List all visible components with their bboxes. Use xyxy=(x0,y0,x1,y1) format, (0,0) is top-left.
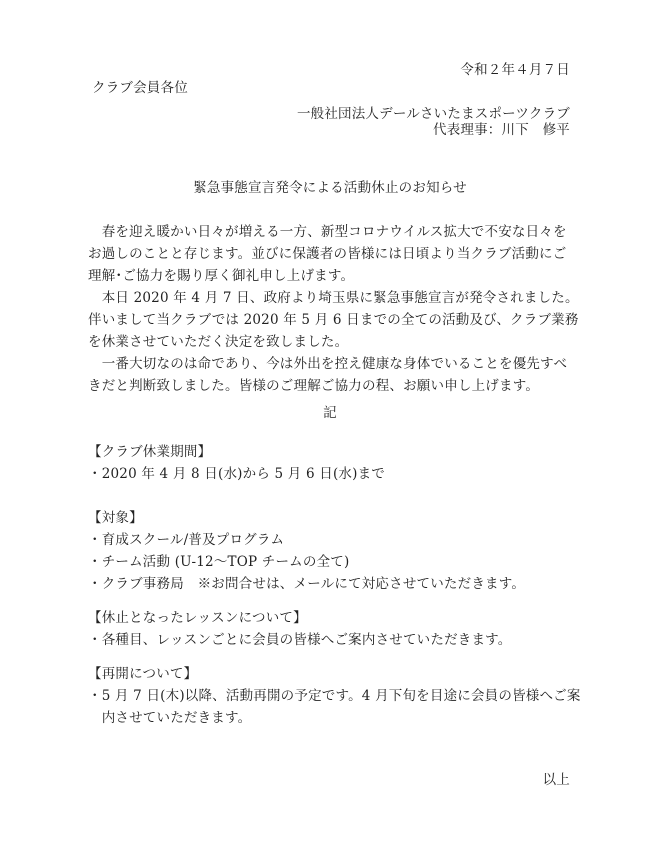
section-item: ・2020 年 4 月 8 日(水)から 5 月 6 日(水)まで xyxy=(88,464,385,484)
section-item: ・育成スクール/普及プログラム xyxy=(88,530,284,550)
section-item: ・チーム活動 (U-12～TOP チームの全て) xyxy=(88,552,349,572)
representative-name: 代表理事：川下 修平 xyxy=(433,120,570,140)
section-item: ・各種目、レッスンごとに会員の皆様へご案内させていただきます。 xyxy=(88,630,511,650)
section-item: ・クラブ事務局 ※お問合せは、メールにて対応させていただきます。 xyxy=(88,574,525,594)
body-line: 伴いまして当クラブでは 2020 年 5 月 6 日までの全ての活動及び、クラブ… xyxy=(88,310,579,330)
section-heading: 【再開について】 xyxy=(88,664,197,684)
section-item: 内させていただきます。 xyxy=(88,708,251,728)
body-line: 本日 2020 年 4 月 7 日、政府より埼玉県に緊急事態宣言が発令されました… xyxy=(88,288,579,308)
section-heading: 【休止となったレッスンについて】 xyxy=(88,608,307,628)
ki-marker: 記 xyxy=(0,403,660,423)
recipient: クラブ会員各位 xyxy=(92,78,188,98)
section-heading: 【クラブ休業期間】 xyxy=(88,442,211,462)
document-page: 令和２年４月７日 クラブ会員各位 一般社団法人デールさいたまスポーツクラブ 代表… xyxy=(0,0,660,862)
body-line: お過しのことと存じます。並びに保護者の皆様には日頃より当クラブ活動にご xyxy=(88,244,566,264)
section-heading: 【対象】 xyxy=(88,508,143,528)
closing-mark: 以上 xyxy=(543,770,570,790)
section-item: ・5 月 7 日(木)以降、活動再開の予定です。4 月下旬を目途に会員の皆様へご… xyxy=(88,686,581,706)
document-title: 緊急事態宣言発令による活動休止のお知らせ xyxy=(0,178,660,198)
document-date: 令和２年４月７日 xyxy=(460,60,570,80)
body-line: きだと判断致しました。皆様のご理解ご協力の程、お願い申し上げます。 xyxy=(88,376,539,396)
body-line: 理解･ご協力を賜り厚く御礼申し上げます。 xyxy=(88,266,354,286)
body-line: 春を迎え暖かい日々が増える一方、新型コロナウイルス拡大で不安な日々を xyxy=(88,222,567,242)
body-line: 一番大切なのは命であり、今は外出を控え健康な身体でいることを優先すべ xyxy=(88,354,567,374)
body-line: を休業させていただく決定を致しました。 xyxy=(88,332,348,352)
